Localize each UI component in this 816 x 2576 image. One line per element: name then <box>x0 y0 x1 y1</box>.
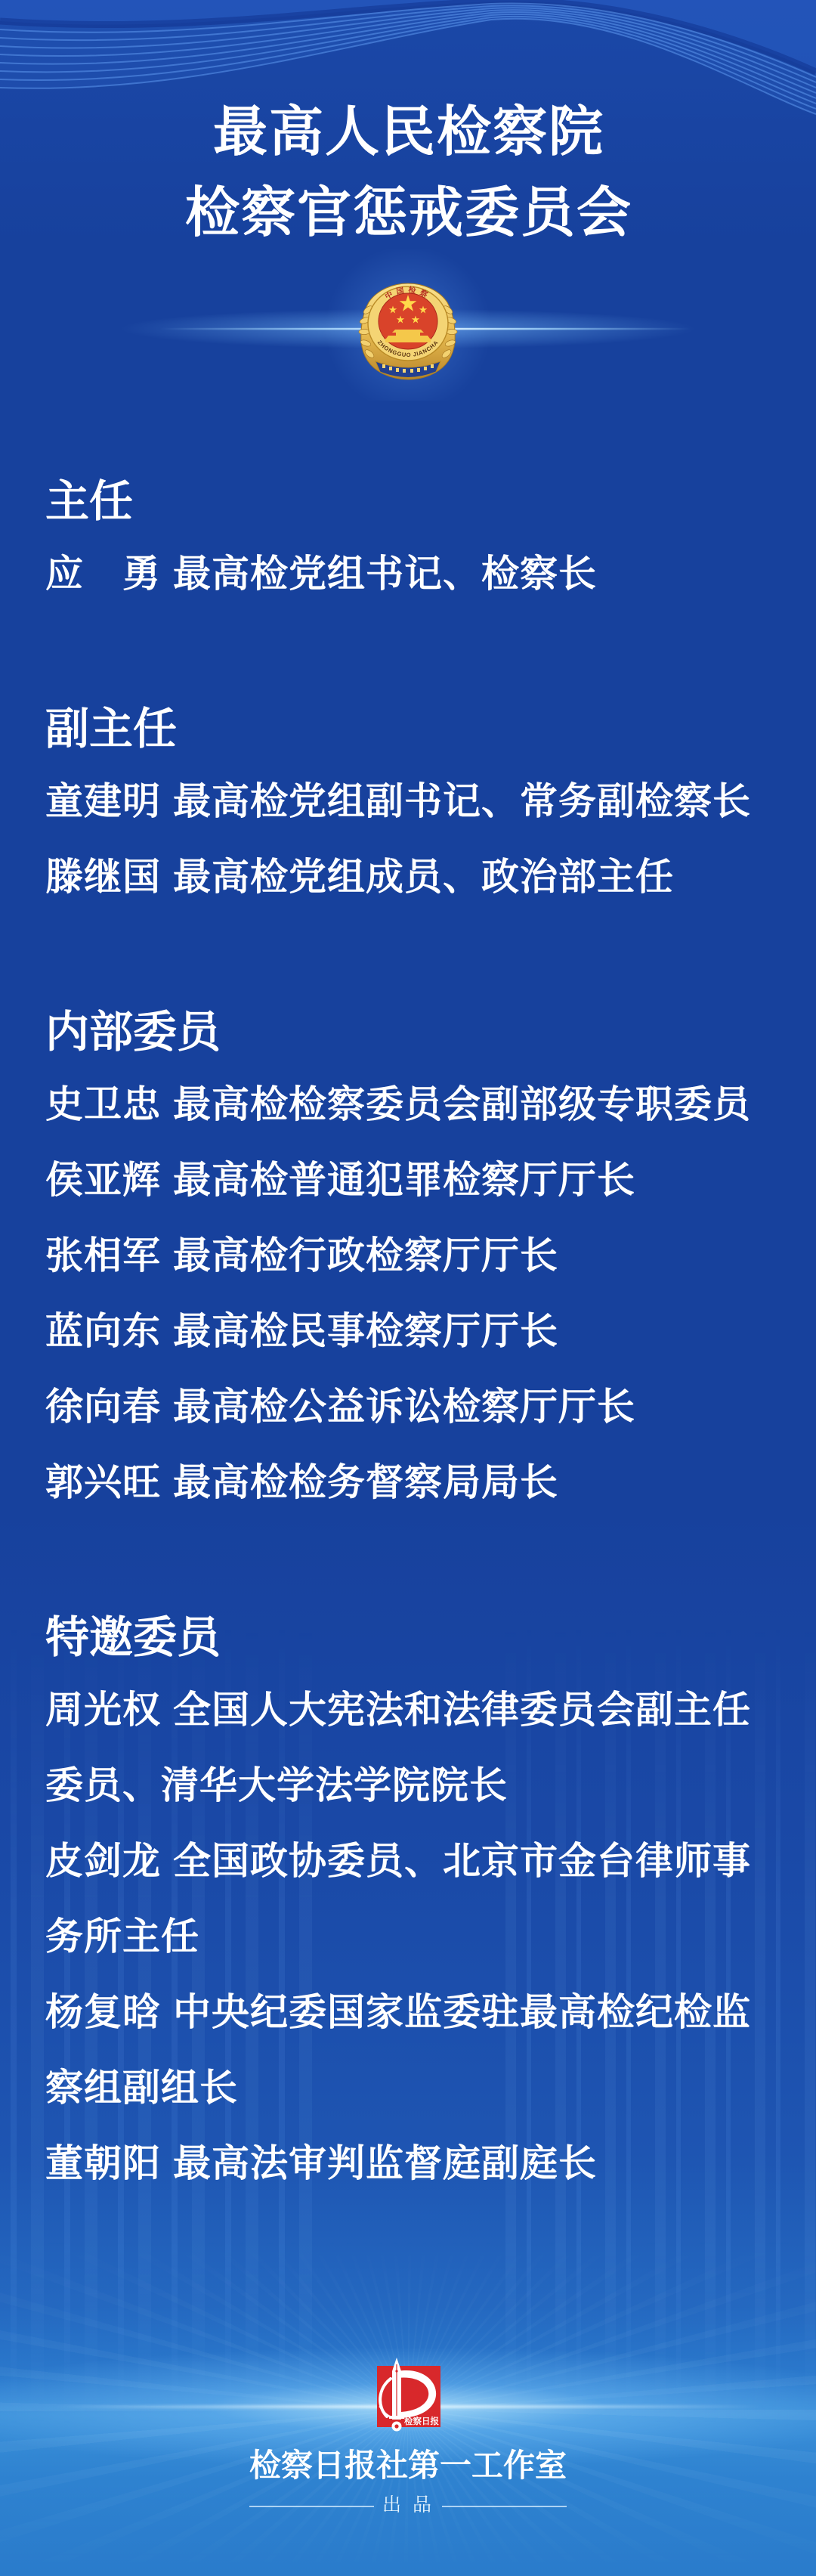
member-title: 最高检党组副书记、常务副检察长 <box>173 780 751 822</box>
section-heading: 副主任 <box>45 703 771 756</box>
member-name: 周光权 <box>45 1689 161 1731</box>
member-title: 最高法审判监督庭副庭长 <box>173 2142 597 2184</box>
member-entry: 郭兴旺最高检检务督察局局长 <box>45 1444 771 1520</box>
member-title: 最高检党组成员、政治部主任 <box>173 856 674 898</box>
member-title: 最高检检务督察局局长 <box>173 1461 558 1503</box>
member-entry: 蓝向东最高检民事检察厅厅长 <box>45 1293 771 1369</box>
member-name: 侯亚辉 <box>45 1159 161 1201</box>
member-name: 童建明 <box>45 780 161 822</box>
procuratorate-emblem-icon: 中国检察 ZHONGGUO JIANCHA <box>0 249 816 401</box>
member-entry: 滕继国最高检党组成员、政治部主任 <box>45 839 771 915</box>
member-name: 张相军 <box>45 1234 161 1277</box>
section-internal-members: 内部委员 史卫忠最高检检察委员会副部级专职委员 侯亚辉最高检普通犯罪检察厅厅长 … <box>45 1006 771 1520</box>
member-entry: 张相军最高检行政检察厅厅长 <box>45 1218 771 1293</box>
section-heading: 特邀委员 <box>45 1612 771 1664</box>
member-entry: 杨复晗中央纪委国家监委驻最高检纪检监察组副组长 <box>45 1974 771 2126</box>
member-entry: 皮剑龙全国政协委员、北京市金台律师事务所主任 <box>45 1823 771 1974</box>
page-title: 最高人民检察院 检察官惩戒委员会 <box>0 92 816 254</box>
divider-left <box>249 2506 374 2507</box>
section-heading: 内部委员 <box>45 1006 771 1059</box>
credit-label: 出品 <box>382 2494 443 2516</box>
logo-text: 检察日报 <box>404 2416 439 2426</box>
member-entry: 应 勇最高检党组书记、检察长 <box>45 536 771 611</box>
member-entry: 侯亚辉最高检普通犯罪检察厅厅长 <box>45 1142 771 1218</box>
member-name: 滕继国 <box>45 856 161 898</box>
title-line-2: 检察官惩戒委员会 <box>2 173 816 254</box>
member-title: 最高检党组书记、检察长 <box>173 553 597 595</box>
poster-page: 最高人民检察院 检察官惩戒委员会 <box>0 0 816 2576</box>
member-name: 皮剑龙 <box>45 1840 161 1882</box>
member-title: 最高检民事检察厅厅长 <box>173 1310 558 1352</box>
member-title: 最高检检察委员会副部级专职委员 <box>173 1083 751 1125</box>
member-name: 蓝向东 <box>45 1310 161 1352</box>
member-entry: 徐向春最高检公益诉讼检察厅厅长 <box>45 1369 771 1444</box>
committee-list: 主任 应 勇最高检党组书记、检察长 副主任 童建明最高检党组副书记、常务副检察长… <box>45 475 771 2201</box>
divider-right <box>442 2506 567 2507</box>
member-entry: 史卫忠最高检检察委员会副部级专职委员 <box>45 1067 771 1142</box>
section-heading: 主任 <box>45 475 771 528</box>
member-name: 董朝阳 <box>45 2142 161 2184</box>
member-name: 郭兴旺 <box>45 1461 161 1503</box>
section-deputy-director: 副主任 童建明最高检党组副书记、常务副检察长 滕继国最高检党组成员、政治部主任 <box>45 703 771 915</box>
member-name: 徐向春 <box>45 1386 161 1428</box>
section-invited-members: 特邀委员 周光权全国人大宪法和法律委员会副主任委员、清华大学法学院院长 皮剑龙全… <box>45 1612 771 2201</box>
member-title: 最高检行政检察厅厅长 <box>173 1234 558 1277</box>
member-entry: 童建明最高检党组副书记、常务副检察长 <box>45 763 771 839</box>
procuratorial-daily-logo-icon: 检察日报 <box>370 2351 446 2438</box>
title-line-1: 最高人民检察院 <box>2 92 816 173</box>
member-name: 史卫忠 <box>45 1083 161 1125</box>
studio-name: 检察日报社第一工作室 <box>0 2447 816 2485</box>
member-entry: 周光权全国人大宪法和法律委员会副主任委员、清华大学法学院院长 <box>45 1672 771 1823</box>
section-director: 主任 应 勇最高检党组书记、检察长 <box>45 475 771 611</box>
member-entry: 董朝阳最高法审判监督庭副庭长 <box>45 2126 771 2201</box>
member-name: 应 勇 <box>45 553 161 595</box>
member-name: 杨复晗 <box>45 1991 161 2033</box>
member-title: 最高检公益诉讼检察厅厅长 <box>173 1386 635 1428</box>
member-title: 最高检普通犯罪检察厅厅长 <box>173 1159 635 1201</box>
